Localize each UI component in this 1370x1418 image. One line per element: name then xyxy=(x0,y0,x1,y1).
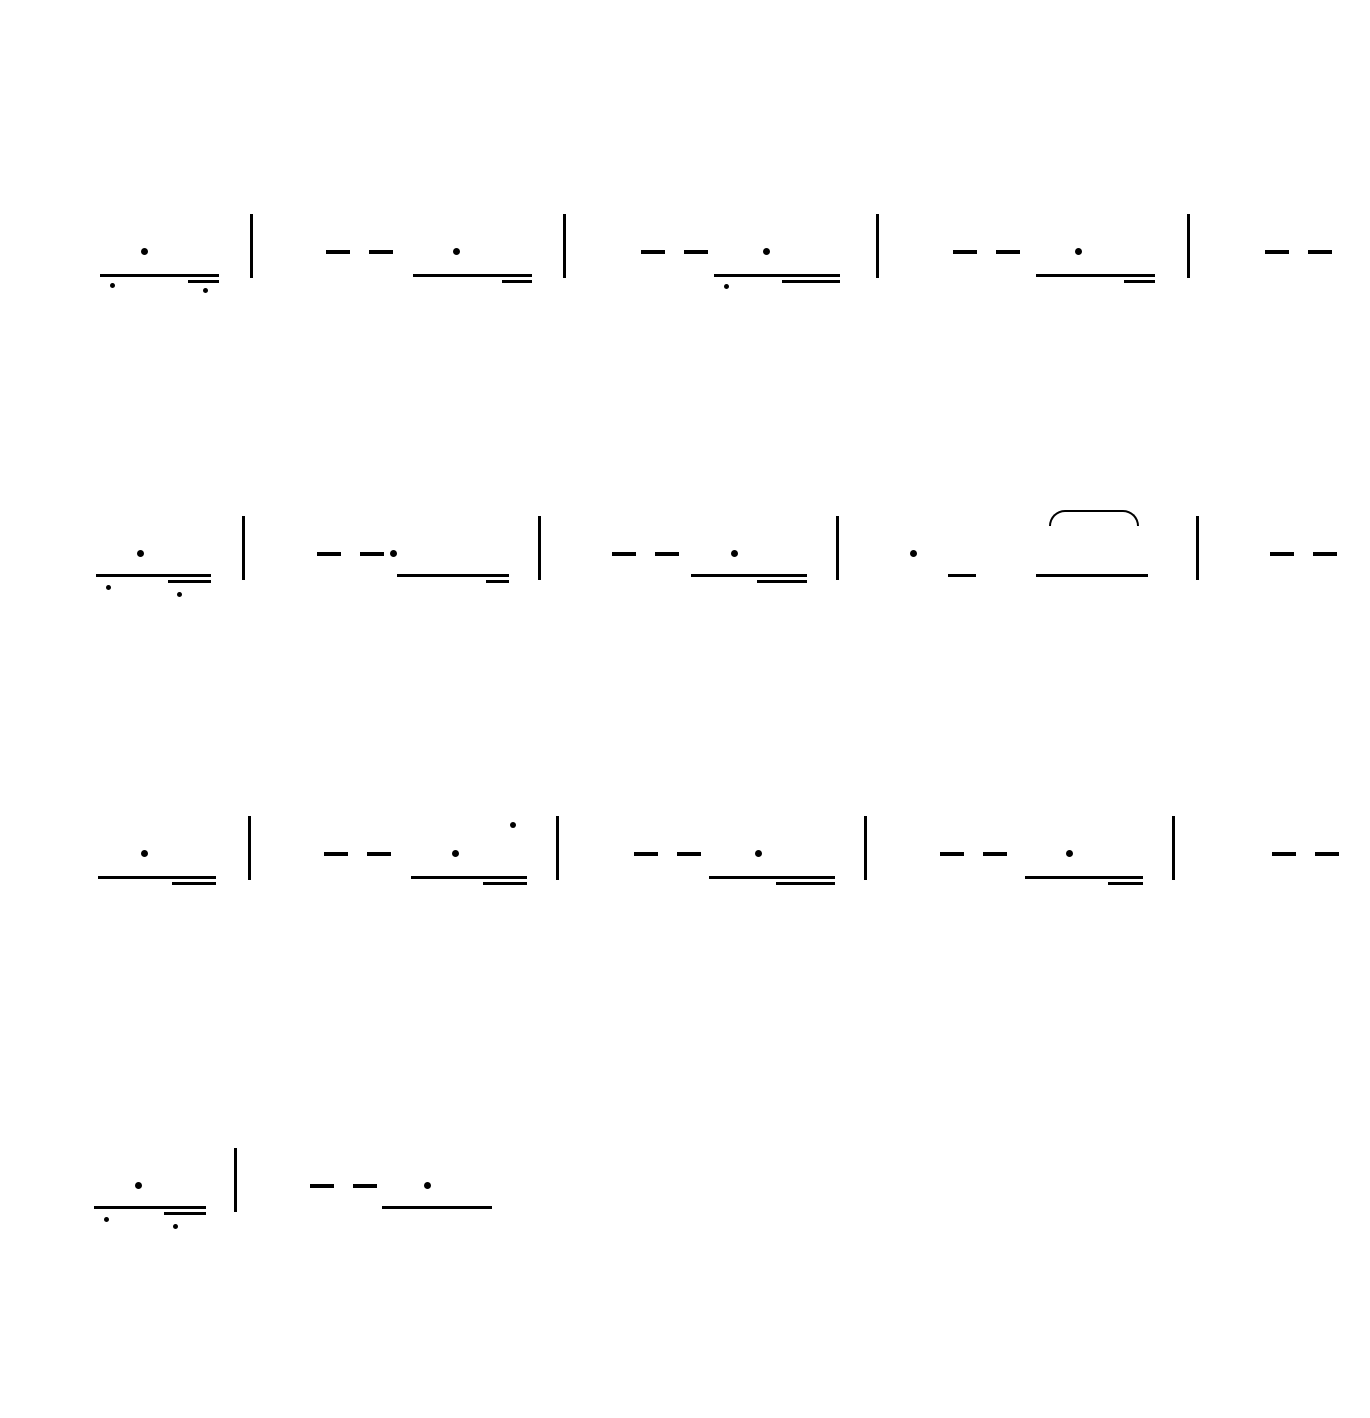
underline xyxy=(168,580,211,583)
underline xyxy=(776,882,835,885)
underline xyxy=(188,280,219,283)
barline xyxy=(1196,516,1199,580)
barline xyxy=(538,516,541,580)
underline xyxy=(1108,882,1143,885)
triplet-bracket xyxy=(1049,510,1139,526)
low-octave-dot xyxy=(203,288,208,293)
barline xyxy=(242,516,245,580)
barline xyxy=(1172,816,1175,880)
dash xyxy=(1265,250,1289,254)
aug-dot xyxy=(141,850,148,857)
dash xyxy=(360,552,384,556)
dash xyxy=(367,852,391,856)
underline xyxy=(98,876,216,879)
system-3-notation xyxy=(0,830,1370,910)
system-2-notation xyxy=(0,530,1370,610)
underline xyxy=(382,1206,492,1209)
aug-dot xyxy=(137,550,144,557)
dash xyxy=(1315,852,1339,856)
aug-dot xyxy=(731,550,738,557)
dash xyxy=(655,552,679,556)
low-octave-dot xyxy=(104,1217,109,1222)
key-time-signature xyxy=(30,112,132,164)
underline xyxy=(757,580,807,583)
dash xyxy=(677,852,701,856)
underline xyxy=(397,574,509,577)
dash xyxy=(612,552,636,556)
dash xyxy=(1308,250,1332,254)
underline xyxy=(1025,876,1143,879)
underline xyxy=(1036,574,1148,577)
underline xyxy=(172,882,216,885)
barline xyxy=(248,816,251,880)
barline xyxy=(250,214,253,278)
aug-dot xyxy=(755,850,762,857)
dash xyxy=(1313,552,1337,556)
underline xyxy=(483,882,527,885)
low-octave-dot xyxy=(173,1224,178,1229)
aug-dot xyxy=(453,248,460,255)
dash xyxy=(953,250,977,254)
underline xyxy=(486,580,509,583)
aug-dot xyxy=(390,550,397,557)
dash xyxy=(996,250,1020,254)
underline xyxy=(164,1212,206,1215)
system-1-notation xyxy=(0,228,1370,308)
barline xyxy=(556,816,559,880)
underline xyxy=(94,1206,206,1209)
dash xyxy=(324,852,348,856)
high-octave-dot xyxy=(510,822,516,828)
aug-dot xyxy=(1066,850,1073,857)
dash xyxy=(983,852,1007,856)
dash xyxy=(1270,552,1294,556)
dash xyxy=(326,250,350,254)
underline xyxy=(782,280,840,283)
underline xyxy=(714,274,840,277)
underline xyxy=(411,876,527,879)
low-octave-dot xyxy=(177,592,182,597)
dash xyxy=(1272,852,1296,856)
underline xyxy=(1124,280,1155,283)
barline xyxy=(1187,214,1190,278)
aug-dot xyxy=(135,1182,142,1189)
barline xyxy=(876,214,879,278)
underline xyxy=(948,574,976,577)
dash xyxy=(684,250,708,254)
dash xyxy=(940,852,964,856)
underline xyxy=(502,280,532,283)
low-octave-dot xyxy=(724,284,729,289)
dash xyxy=(634,852,658,856)
dash xyxy=(369,250,393,254)
barline xyxy=(864,816,867,880)
aug-dot xyxy=(141,248,148,255)
underline xyxy=(709,876,835,879)
underline xyxy=(1036,274,1155,277)
system-4-notation xyxy=(0,1162,1370,1242)
aug-dot xyxy=(910,550,917,557)
aug-dot xyxy=(424,1182,431,1189)
barline xyxy=(234,1148,237,1212)
barline xyxy=(836,516,839,580)
dash xyxy=(310,1184,334,1188)
underline xyxy=(100,274,219,277)
low-octave-dot xyxy=(110,283,115,288)
dash xyxy=(353,1184,377,1188)
barline xyxy=(563,214,566,278)
underline xyxy=(96,574,211,577)
low-octave-dot xyxy=(106,585,111,590)
aug-dot xyxy=(1075,248,1082,255)
underline xyxy=(413,274,532,277)
dash xyxy=(317,552,341,556)
underline xyxy=(691,574,807,577)
aug-dot xyxy=(452,850,459,857)
dash xyxy=(641,250,665,254)
aug-dot xyxy=(763,248,770,255)
